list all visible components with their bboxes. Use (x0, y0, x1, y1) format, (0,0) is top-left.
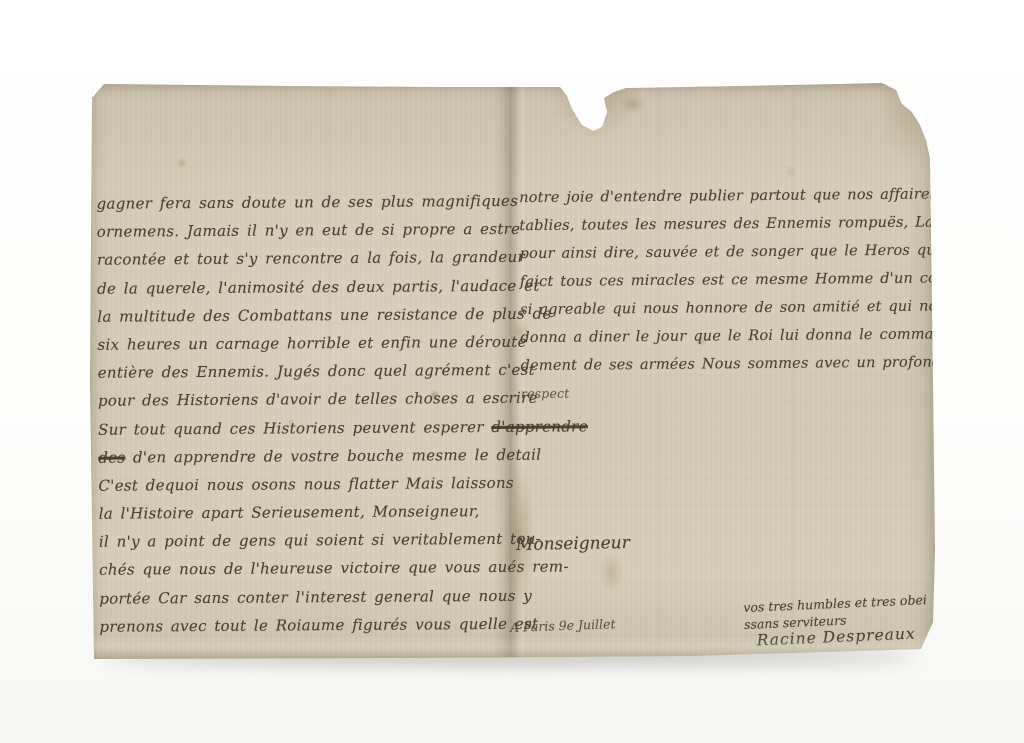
manuscript-line: notre joie d'entendre publier partout qu… (519, 180, 1004, 212)
foxing-stain (176, 158, 188, 168)
line-text: d'en apprendre de vostre bouche mesme le… (133, 445, 541, 466)
manuscript-line: chés que nous de l'heureuse victoire que… (99, 553, 589, 585)
manuscript-line: faict tous ces miracles est ce mesme Hom… (520, 264, 1005, 296)
strikethrough-word: d'apprendre (491, 417, 588, 436)
manuscript-line: ornemens. Jamais il n'y en eut de si pro… (97, 214, 587, 246)
torn-notch-shading (545, 82, 645, 144)
salutation: Monseigneur (516, 533, 630, 555)
manuscript-line: Sur tout quand ces Historiens peuvent es… (98, 412, 588, 444)
manuscript-line: si agreable qui nous honnore de son amit… (520, 292, 1005, 324)
manuscript-line: gagner fera sans doute un de ses plus ma… (96, 186, 586, 218)
left-page-text-block: gagner fera sans doute un de ses plus ma… (96, 186, 589, 640)
strikethrough-word: des (98, 448, 125, 466)
manuscript-line: des d'en apprendre de vostre bouche mesm… (98, 440, 588, 472)
manuscript-line: la multitude des Combattans une resistan… (97, 299, 587, 331)
photo-background: gagner fera sans doute un de ses plus ma… (0, 0, 1024, 743)
manuscript-line: six heures un carnage horrible et enfin … (97, 327, 587, 359)
manuscript-line: dement de ses armées Nous sommes avec un… (520, 348, 1005, 380)
manuscript-line: de la querele, l'animosité des deux part… (97, 271, 587, 303)
manuscript-line: racontée et tout s'y rencontre a la fois… (97, 243, 587, 275)
manuscript-line: entière des Ennemis. Jugés donc quel agr… (98, 355, 588, 387)
manuscript-line: pour des Historiens d'avoir de telles ch… (98, 384, 588, 416)
manuscript-line: portée Car sans conter l'interest genera… (99, 581, 589, 613)
manuscript-line: pour ainsi dire, sauvée et de songer que… (520, 236, 1005, 268)
line-text: Sur tout quand ces Historiens peuvent es… (98, 418, 484, 439)
manuscript-line: respect (521, 376, 1006, 408)
manuscript-line: la l'Histoire apart Serieusement, Monsei… (99, 496, 589, 528)
manuscript-line: donna a diner le jour que le Roi lui don… (520, 320, 1005, 352)
manuscript-sheet: gagner fera sans doute un de ses plus ma… (90, 82, 935, 662)
torn-corner-shading (878, 82, 936, 167)
right-page-text-block: notre joie d'entendre publier partout qu… (519, 180, 1006, 408)
manuscript-line: tablies, toutes les mesures des Ennemis … (519, 208, 1004, 240)
manuscript-line: C'est dequoi nous osons nous flatter Mai… (98, 468, 588, 500)
dateline: A Paris 9e Juillet (510, 616, 616, 635)
foxing-stain (784, 166, 798, 178)
foxing-stain (598, 552, 624, 592)
